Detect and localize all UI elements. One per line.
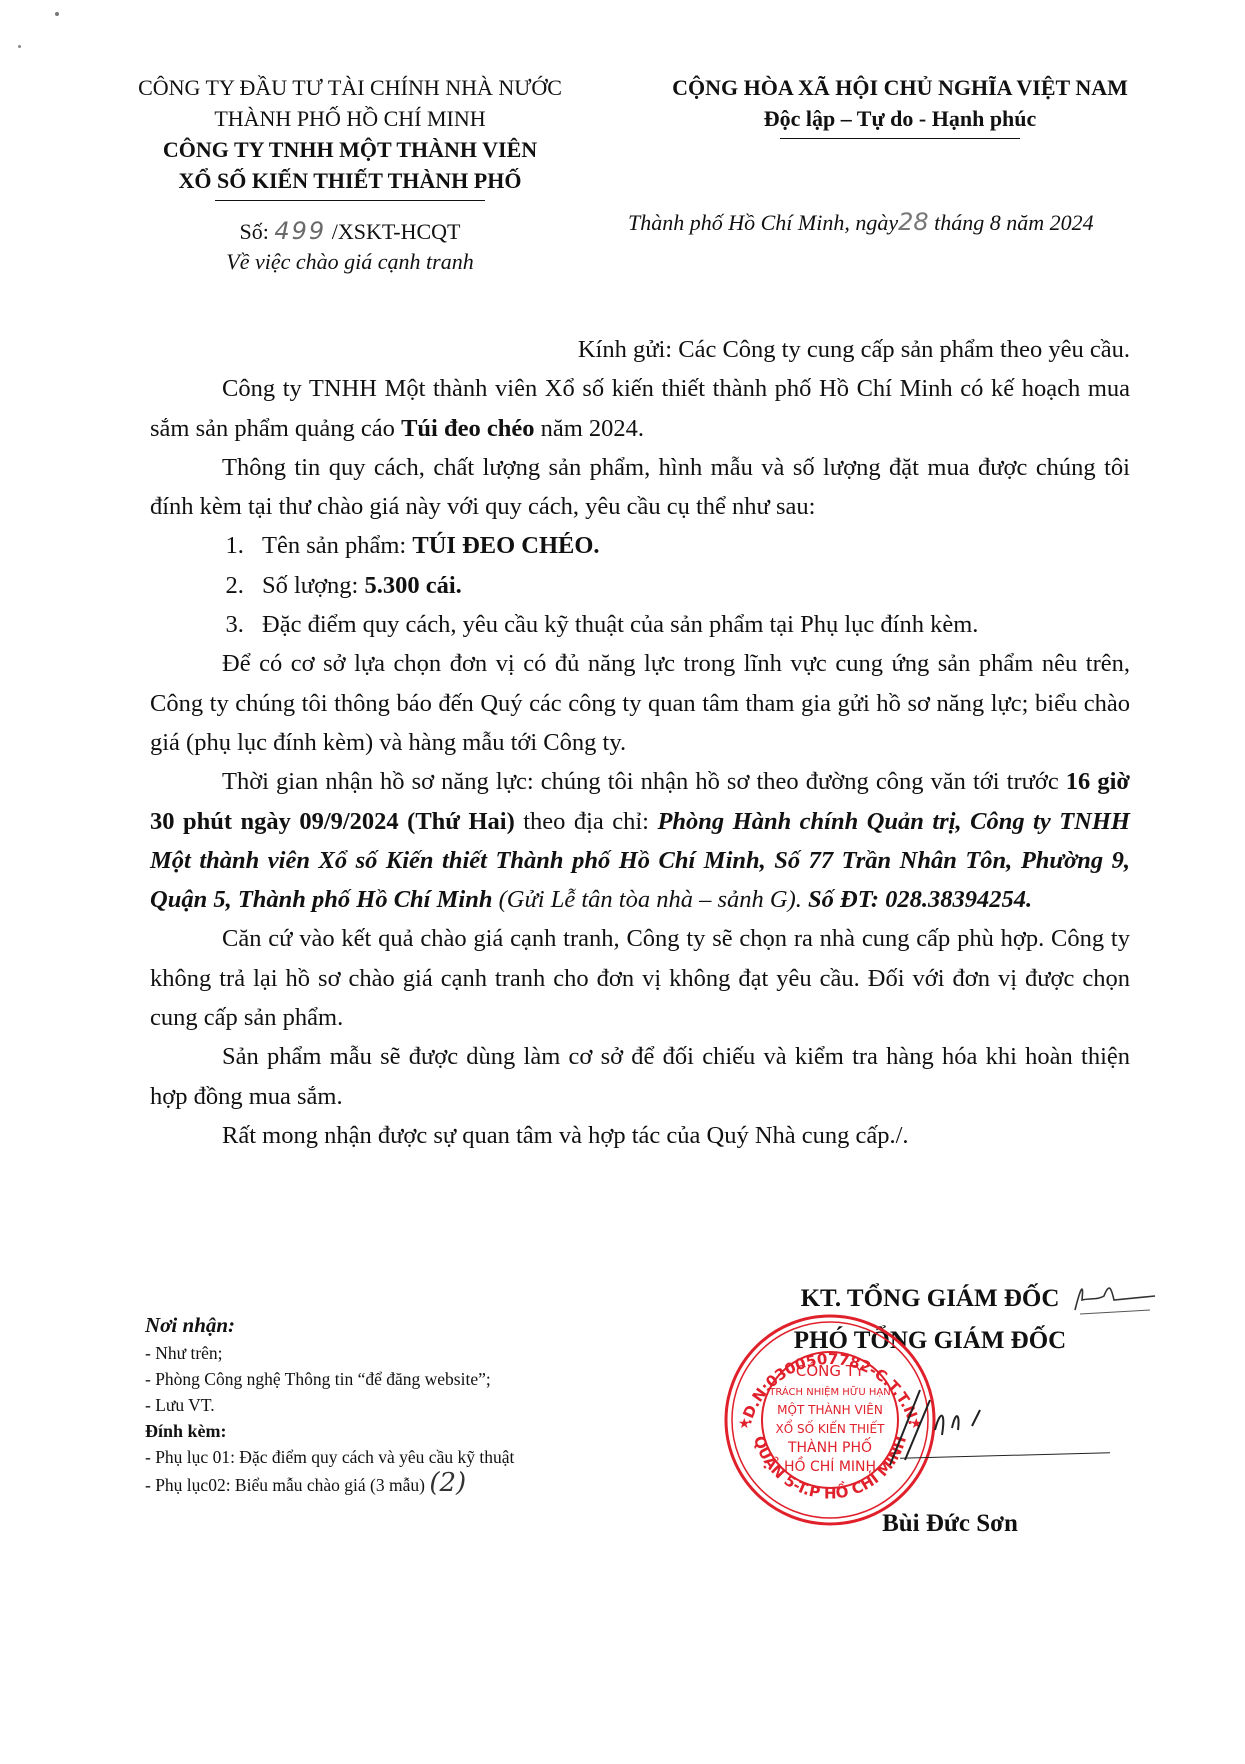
svg-text:THÀNH PHỐ: THÀNH PHỐ bbox=[787, 1437, 872, 1456]
requirements-list: Tên sản phẩm: TÚI ĐEO CHÉO. Số lượng: 5.… bbox=[150, 526, 1130, 644]
document-number-handwritten: 499 bbox=[274, 217, 326, 245]
document-subject: Về việc chào giá cạnh tranh bbox=[110, 249, 590, 275]
recipients-heading: Nơi nhận: bbox=[145, 1310, 705, 1340]
handwritten-signature-icon bbox=[880, 1380, 990, 1470]
paragraph-3: Để có cơ sở lựa chọn đơn vị có đủ năng l… bbox=[150, 644, 1130, 762]
paragraph-6: Sản phẩm mẫu sẽ được dùng làm cơ sở để đ… bbox=[150, 1037, 1130, 1116]
recipient-item: - Phòng Công nghệ Thông tin “để đăng web… bbox=[145, 1366, 705, 1392]
svg-text:TRÁCH NHIỆM HỮU HẠN: TRÁCH NHIỆM HỮU HẠN bbox=[768, 1385, 891, 1398]
attachment-item: - Phụ lục02: Biểu mẫu chào giá (3 mẫu) (… bbox=[145, 1470, 705, 1498]
parent-org-city: THÀNH PHỐ HỒ CHÍ MINH bbox=[110, 103, 590, 134]
svg-text:MỘT THÀNH VIÊN: MỘT THÀNH VIÊN bbox=[777, 1402, 883, 1417]
recipient-item: - Như trên; bbox=[145, 1340, 705, 1366]
company-name-1: CÔNG TY TNHH MỘT THÀNH VIÊN bbox=[110, 134, 590, 165]
initial-scribble-icon bbox=[1070, 1270, 1160, 1320]
svg-text:XỔ SỐ KIẾN THIẾT: XỔ SỐ KIẾN THIẾT bbox=[776, 1420, 886, 1436]
national-title: CỘNG HÒA XÃ HỘI CHỦ NGHĨA VIỆT NAM bbox=[640, 72, 1160, 103]
paragraph-4: Thời gian nhận hồ sơ năng lực: chúng tôi… bbox=[150, 762, 1130, 919]
svg-text:★: ★ bbox=[738, 1417, 751, 1432]
handwritten-note: (2) bbox=[429, 1468, 466, 1498]
national-motto: Độc lập – Tự do - Hạnh phúc bbox=[640, 103, 1160, 134]
document-number: Số: 499 /XSKT-HCQT bbox=[110, 217, 590, 245]
company-name-2: XỔ SỐ KIẾN THIẾT THÀNH PHỐ bbox=[110, 165, 590, 196]
paragraph-2: Thông tin quy cách, chất lượng sản phẩm,… bbox=[150, 448, 1130, 527]
recipient-item: - Lưu VT. bbox=[145, 1392, 705, 1418]
date-day-handwritten: 28 bbox=[898, 208, 929, 236]
list-item: Số lượng: 5.300 cái. bbox=[250, 566, 1130, 605]
paragraph-5: Căn cứ vào kết quả chào giá cạnh tranh, … bbox=[150, 919, 1130, 1037]
parent-org: CÔNG TY ĐẦU TƯ TÀI CHÍNH NHÀ NƯỚC bbox=[110, 72, 590, 103]
list-item: Tên sản phẩm: TÚI ĐEO CHÉO. bbox=[250, 526, 1130, 565]
paragraph-7: Rất mong nhận được sự quan tâm và hợp tá… bbox=[150, 1116, 1130, 1155]
scan-speck bbox=[18, 45, 21, 48]
list-item: Đặc điểm quy cách, yêu cầu kỹ thuật của … bbox=[250, 605, 1130, 644]
national-header: CỘNG HÒA XÃ HỘI CHỦ NGHĨA VIỆT NAM Độc l… bbox=[640, 72, 1160, 139]
attachments-heading: Đính kèm: bbox=[145, 1418, 705, 1444]
attachment-item: - Phụ lục 01: Đặc điểm quy cách và yêu c… bbox=[145, 1444, 705, 1470]
motto-underline bbox=[780, 138, 1020, 139]
issuer-header: CÔNG TY ĐẦU TƯ TÀI CHÍNH NHÀ NƯỚC THÀNH … bbox=[110, 72, 590, 275]
svg-text:CÔNG TY: CÔNG TY bbox=[796, 1361, 865, 1380]
scan-speck bbox=[55, 12, 59, 16]
document-date: Thành phố Hồ Chí Minh, ngày28 tháng 8 nă… bbox=[628, 208, 1188, 236]
addressee: Kính gửi: Các Công ty cung cấp sản phẩm … bbox=[150, 330, 1130, 369]
header-underline bbox=[215, 200, 485, 201]
svg-text:HỒ CHÍ MINH: HỒ CHÍ MINH bbox=[784, 1456, 876, 1475]
letter-body: Kính gửi: Các Công ty cung cấp sản phẩm … bbox=[150, 330, 1130, 1155]
recipients-block: Nơi nhận: - Như trên; - Phòng Công nghệ … bbox=[145, 1310, 705, 1498]
paragraph-1: Công ty TNHH Một thành viên Xổ số kiến t… bbox=[150, 369, 1130, 448]
